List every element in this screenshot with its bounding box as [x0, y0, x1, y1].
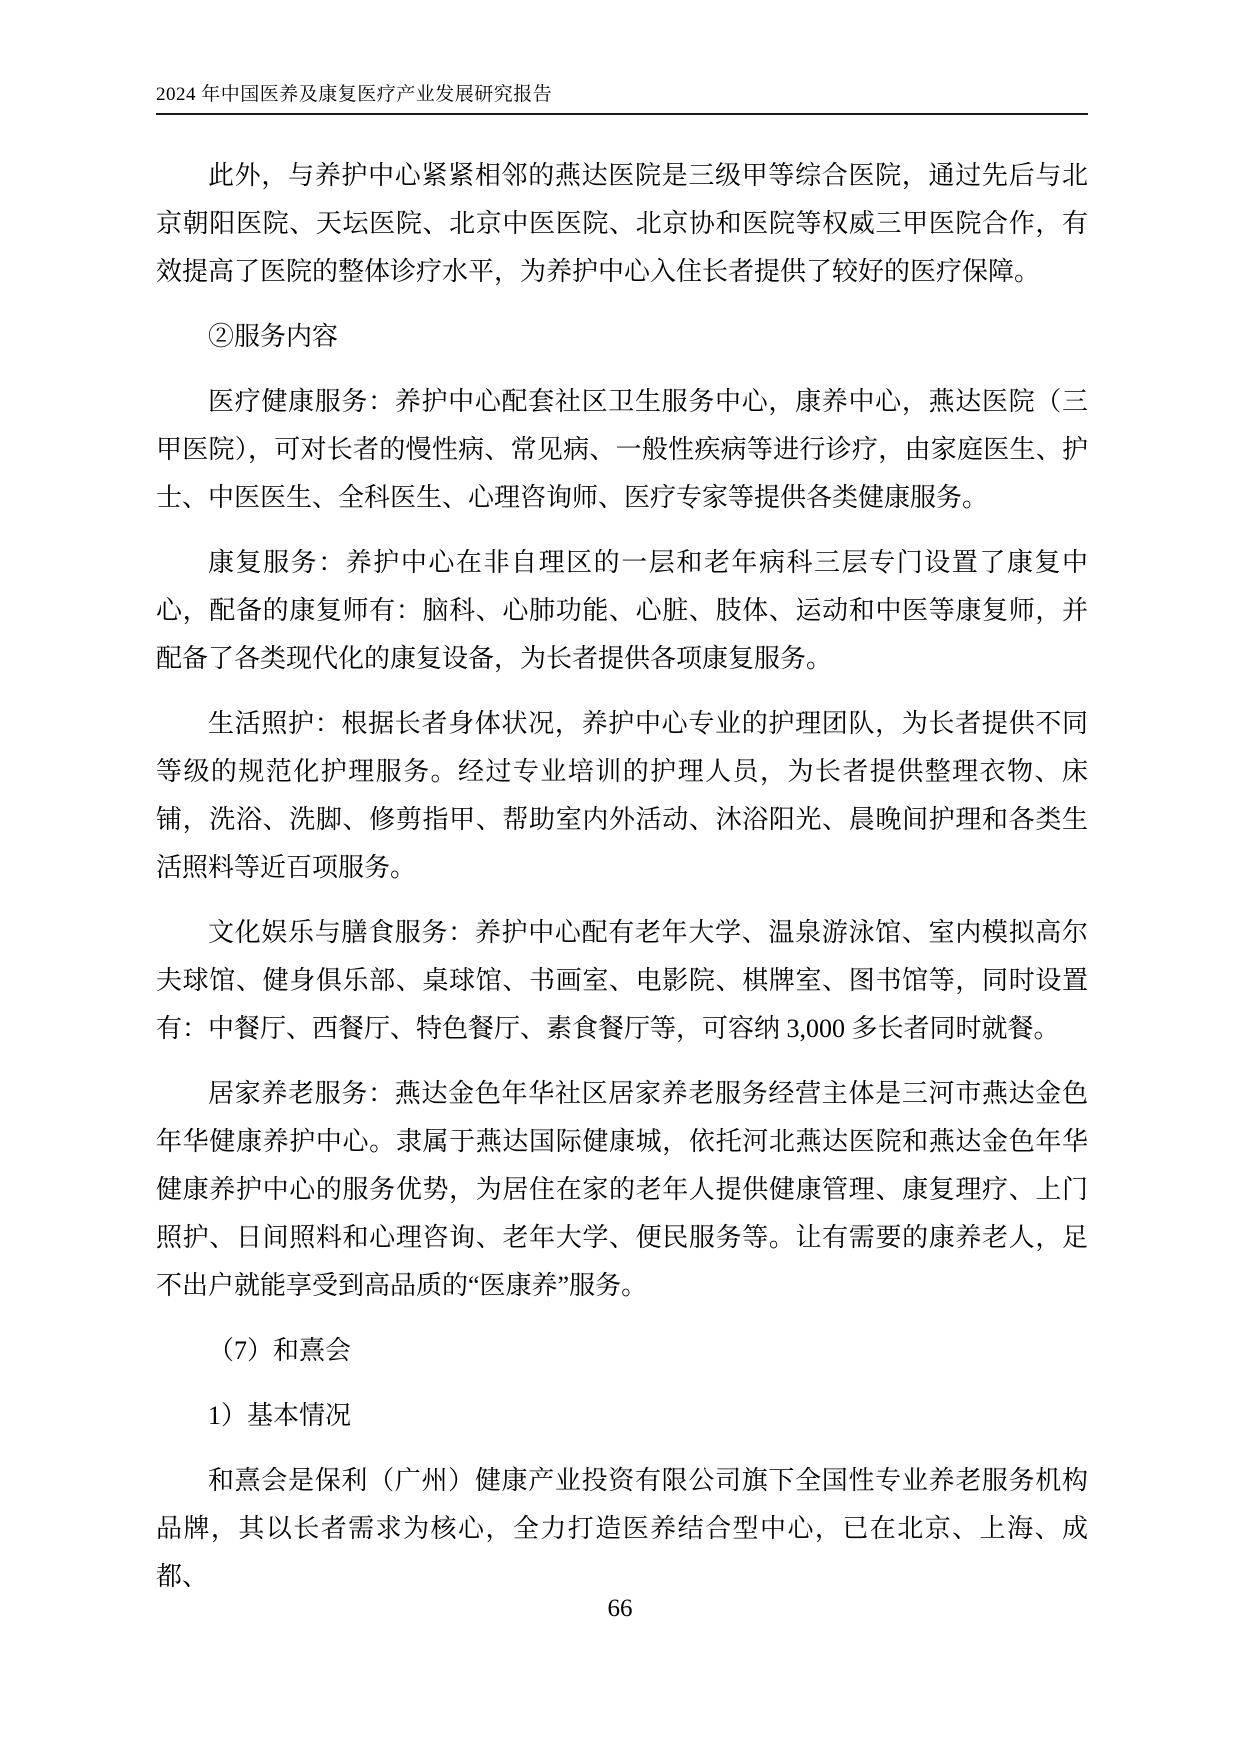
document-body: 此外，与养护中心紧紧相邻的燕达医院是三级甲等综合医院，通过先后与北京朝阳医院、天… — [156, 152, 1088, 1618]
paragraph-heading-hexihui: （7）和熹会 — [156, 1327, 1088, 1375]
paragraph-medical-health-services: 医疗健康服务：养护中心配套社区卫生服务中心，康养中心，燕达医院（三甲医院），可对… — [156, 378, 1088, 522]
paragraph-heading-basic-info: 1）基本情况 — [156, 1392, 1088, 1440]
paragraph-intro-yanda-hospital: 此外，与养护中心紧紧相邻的燕达医院是三级甲等综合医院，通过先后与北京朝阳医院、天… — [156, 152, 1088, 296]
report-title: 2024 年中国医养及康复医疗产业发展研究报告 — [156, 84, 1088, 106]
paragraph-heading-service-content: ②服务内容 — [156, 313, 1088, 361]
page-header: 2024 年中国医养及康复医疗产业发展研究报告 — [156, 84, 1088, 115]
page-footer: 66 — [0, 1594, 1240, 1624]
paragraph-daily-care-services: 生活照护：根据长者身体状况，养护中心专业的护理团队，为长者提供不同等级的规范化护… — [156, 700, 1088, 892]
page-number: 66 — [608, 1595, 633, 1622]
paragraph-home-elderly-services: 居家养老服务：燕达金色年华社区居家养老服务经营主体是三河市燕达金色年华健康养护中… — [156, 1070, 1088, 1310]
paragraph-rehab-services: 康复服务：养护中心在非自理区的一层和老年病科三层专门设置了康复中心，配备的康复师… — [156, 539, 1088, 683]
paragraph-hexihui-intro: 和熹会是保利（广州）健康产业投资有限公司旗下全国性专业养老服务机构品牌，其以长者… — [156, 1457, 1088, 1601]
document-page: 2024 年中国医养及康复医疗产业发展研究报告 此外，与养护中心紧紧相邻的燕达医… — [0, 0, 1240, 1754]
paragraph-culture-dining-services: 文化娱乐与膳食服务：养护中心配有老年大学、温泉游泳馆、室内模拟高尔夫球馆、健身俱… — [156, 909, 1088, 1053]
